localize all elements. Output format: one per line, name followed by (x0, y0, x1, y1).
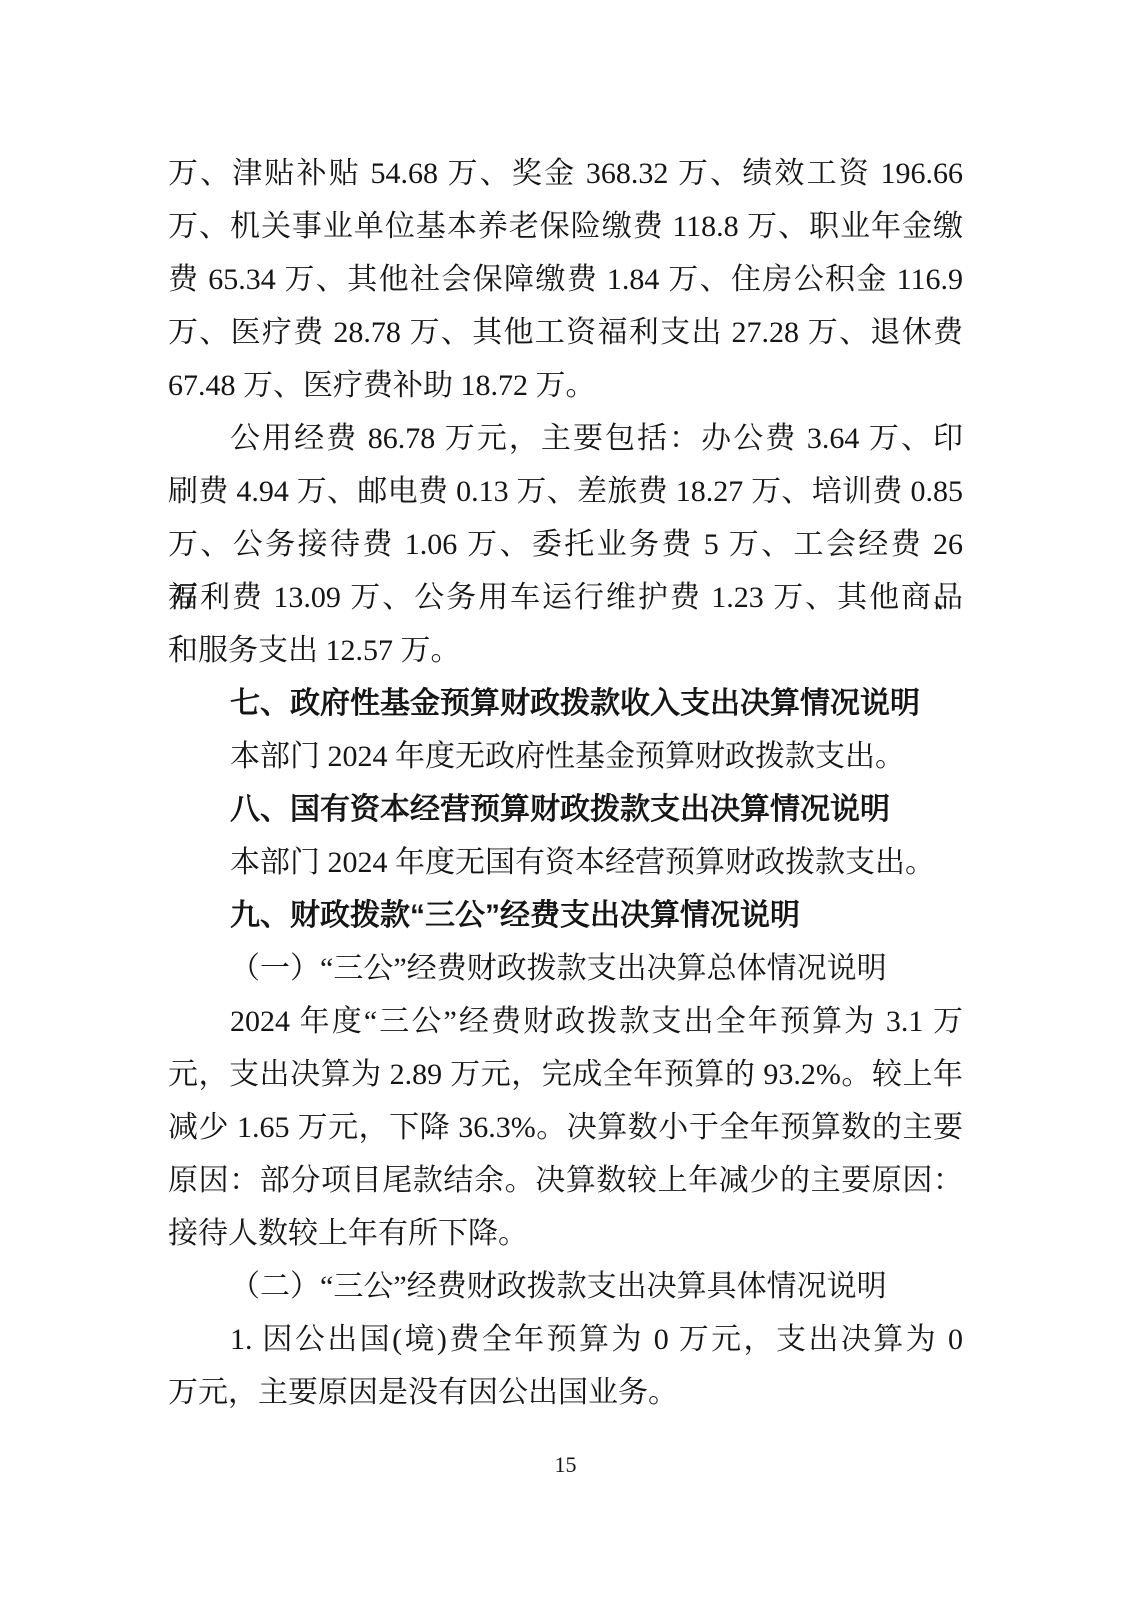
body-line: 万、津贴补贴 54.68 万、奖金 368.32 万、绩效工资 196.66 (168, 147, 963, 200)
body-line: 刷费 4.94 万、邮电费 0.13 万、差旅费 18.27 万、培训费 0.8… (168, 465, 963, 518)
body-line: 本部门 2024 年度无国有资本经营预算财政拨款支出。 (168, 836, 963, 889)
body-line: 福利费 13.09 万、公务用车运行维护费 1.23 万、其他商品 (168, 571, 963, 624)
body-line: 万、机关事业单位基本养老保险缴费 118.8 万、职业年金缴 (168, 200, 963, 253)
document-body: 万、津贴补贴 54.68 万、奖金 368.32 万、绩效工资 196.66 万… (168, 147, 963, 1419)
section-heading-8: 八、国有资本经营预算财政拨款支出决算情况说明 (168, 783, 963, 836)
body-line: 万元，主要原因是没有因公出国业务。 (168, 1366, 963, 1419)
body-line: 接待人数较上年有所下降。 (168, 1207, 963, 1260)
body-line: 本部门 2024 年度无政府性基金预算财政拨款支出。 (168, 730, 963, 783)
page-number: 15 (0, 1450, 1131, 1480)
body-line: 万、医疗费 28.78 万、其他工资福利支出 27.28 万、退休费 (168, 306, 963, 359)
body-line: 和服务支出 12.57 万。 (168, 624, 963, 677)
body-line: 1. 因公出国(境)费全年预算为 0 万元，支出决算为 0 (168, 1313, 963, 1366)
section-heading-9: 九、财政拨款“三公”经费支出决算情况说明 (168, 889, 963, 942)
subsection-heading: （二）“三公”经费财政拨款支出决算具体情况说明 (168, 1260, 963, 1313)
body-line: 费 65.34 万、其他社会保障缴费 1.84 万、住房公积金 116.9 (168, 253, 963, 306)
section-heading-7: 七、政府性基金预算财政拨款收入支出决算情况说明 (168, 677, 963, 730)
document-page: 万、津贴补贴 54.68 万、奖金 368.32 万、绩效工资 196.66 万… (0, 0, 1131, 1600)
subsection-heading: （一）“三公”经费财政拨款支出决算总体情况说明 (168, 942, 963, 995)
body-line: 67.48 万、医疗费补助 18.72 万。 (168, 359, 963, 412)
body-line: 减少 1.65 万元，下降 36.3%。决算数小于全年预算数的主要 (168, 1101, 963, 1154)
body-line: 2024 年度“三公”经费财政拨款支出全年预算为 3.1 万 (168, 995, 963, 1048)
body-line: 公用经费 86.78 万元，主要包括：办公费 3.64 万、印 (168, 412, 963, 465)
body-line: 万、公务接待费 1.06 万、委托业务费 5 万、工会经费 26 万、 (168, 518, 963, 571)
body-line: 元，支出决算为 2.89 万元，完成全年预算的 93.2%。较上年 (168, 1048, 963, 1101)
body-line: 原因：部分项目尾款结余。决算数较上年减少的主要原因： (168, 1154, 963, 1207)
